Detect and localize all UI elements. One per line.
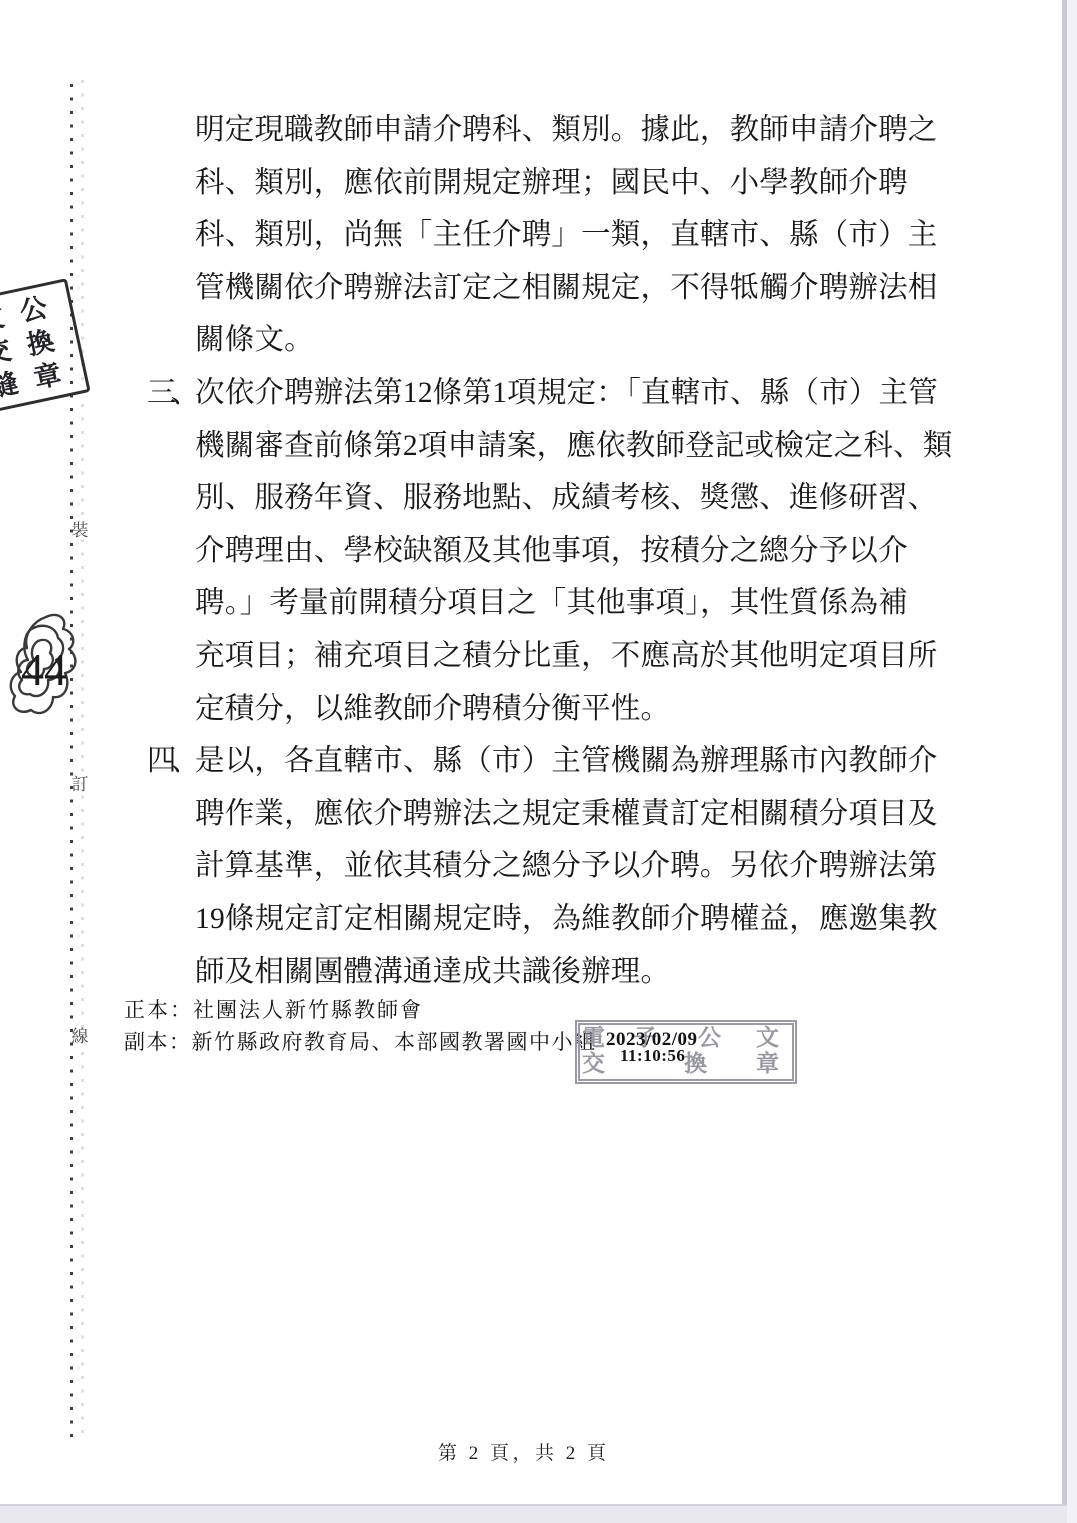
binding-mark-3: 線 [66,1022,94,1047]
corner-exchange-stamp: 文交縫 公換章 [0,278,91,418]
exchange-stamp-time: 11:10:56 [620,1046,685,1066]
text-line: 科、類別，尚無「主任介聘」一類，直轄市、縣（市）主 [195,215,938,255]
binding-mark-1: 裝 [66,516,94,541]
exchange-stamp-char: 公 [698,1025,721,1051]
text-line: 科、類別，應依前開規定辦理；國民中、小學教師介聘 [195,163,908,203]
binding-mark-2: 訂 [66,770,94,795]
exchange-stamp-char: 電 [582,1025,605,1051]
corner-stamp-char: 縫 [0,365,24,405]
exchange-stamp-char: 換 [684,1051,707,1077]
corner-stamp-char: 章 [28,356,66,396]
text-line: 19條規定訂定相關規定時，為維教師介聘權益，應邀集教 [195,899,938,939]
paragraph-marker: 三、 [147,373,194,413]
text-line: 計算基準，並依其積分之總分予以介聘。另依介聘辦法第 [195,846,938,886]
text-line: 明定現職教師申請介聘科、類別。據此，教師申請介聘之 [195,110,938,150]
binding-dotted-line-faint [81,80,84,1440]
text-line: 是以，各直轄市、縣（市）主管機關為辦理縣市內教師介 [195,741,938,781]
text-line: 充項目；補充項目之積分比重，不應高於其他明定項目所 [195,636,938,676]
text-line: 聘作業，應依介聘辦法之規定秉權責訂定相關積分項目及 [195,794,938,834]
corner-stamp-right-column: 公換章 [14,290,67,396]
exchange-stamp-char: 文 [756,1025,779,1051]
text-line: 師及相關團體溝通達成共識後辦理。 [195,952,670,992]
text-line: 次依介聘辦法第12條第1項規定：「直轄市、縣（市）主管 [195,373,938,413]
scanned-official-document: { "colors":{"ink":"#1f1f1f","stamp_gray"… [0,0,1077,1523]
text-line: 機關審查前條第2項申請案，應依教師登記或檢定之科、類 [195,426,952,466]
page-footer: 第 2 頁，共 2 頁 [438,1438,610,1465]
binding-dotted-line [70,84,73,1444]
text-line: 關條文。 [195,320,314,360]
paragraph-marker: 四、 [147,741,194,781]
text-line: 介聘理由、學校缺額及其他事項，按積分之總分予以介 [195,531,908,571]
electronic-exchange-stamp: 電子公文 交換章 2023/02/09 11:10:56 [575,1020,797,1084]
exchange-stamp-char: 章 [756,1051,779,1077]
text-line: 定積分，以維教師介聘積分衡平性。 [195,689,670,729]
text-line: 別、服務年資、服務地點、成績考核、獎懲、進修研習、 [195,478,938,518]
text-line: 管機關依介聘辦法訂定之相關規定，不得牴觸介聘辦法相 [195,268,938,308]
recipient-copy-line: 副本：新竹縣政府教育局、本部國教署國中小組 [124,1026,597,1056]
scan-edge-bottom-strip [0,1504,1067,1523]
scribble-mark: 44 [6,608,86,730]
text-line: 聘。」考量前開積分項目之「其他事項」，其性質係為補 [195,583,908,623]
exchange-stamp-char: 交 [582,1051,605,1077]
scan-edge-right-area [1067,0,1077,1523]
margin-page-number: 44 [21,644,67,695]
recipient-original-line: 正本：社團法人新竹縣教師會 [124,994,423,1024]
